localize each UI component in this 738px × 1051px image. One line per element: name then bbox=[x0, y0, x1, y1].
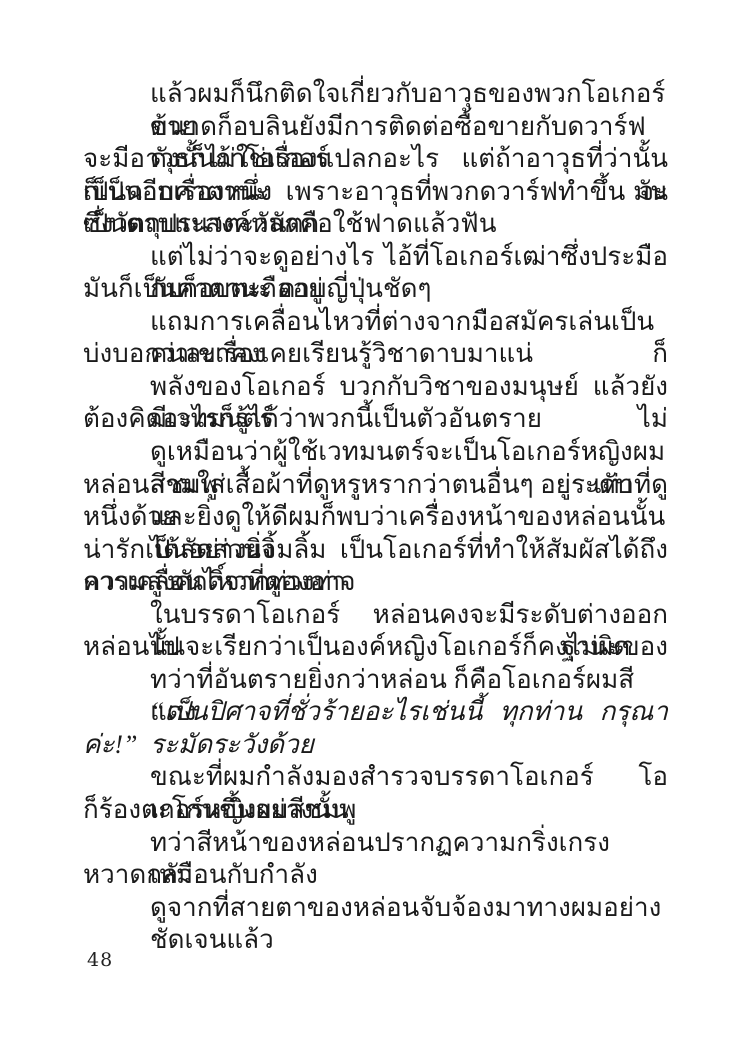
text-line-16: การเคลื่อนไหวที่ดูองอาจ bbox=[83, 566, 668, 599]
text-line-6: แต่ไม่ว่าจะดูอย่างไร ไอ้ที่โอเกอร์เฒ่าซึ… bbox=[83, 241, 668, 274]
page-number: 48 bbox=[87, 946, 113, 974]
text-line-20: “เป็นปิศาจที่ชั่วร้ายอะไรเช่นนี้ ทุกท่าน… bbox=[83, 696, 668, 729]
text-line-1: แล้วผมก็นึกติดใจเกี่ยวกับอาวุธของพวกโอเก… bbox=[83, 78, 668, 111]
text-line-26: ดูจากที่สายตาของหล่อนจับจ้องมาทางผมอย่าง… bbox=[83, 892, 668, 925]
text-line-24: ทว่าสีหน้าของหล่อนปรากฏความกริ่งเกรงเหมื… bbox=[83, 827, 668, 860]
text-line-22: ขณะที่ผมกำลังมองสำรวจบรรดาโอเกอร์ โอเกอร… bbox=[83, 761, 668, 794]
text-line-4: ก็เป็นอีกเรื่องหนึ่ง เพราะอาวุธที่พวกดวา… bbox=[83, 176, 668, 209]
page-text-block: แล้วผมก็นึกติดใจเกี่ยวกับอาวุธของพวกโอเก… bbox=[83, 78, 668, 924]
text-line-14: และยิ่งดูให้ดีผมก็พบว่าเครื่องหน้าของหล่… bbox=[83, 501, 668, 534]
text-line-7: มันก็เป็นคาตานะ ดาบญี่ปุ่นชัดๆ bbox=[83, 273, 668, 306]
text-line-25: หวาดกลัว bbox=[83, 859, 668, 892]
text-line-2: ขนาดก็อบลินยังมีการติดต่อซื้อขายกับดวาร์… bbox=[83, 111, 668, 144]
text-line-12: ดูเหมือนว่าผู้ใช้เวทมนตร์จะเป็นโอเกอร์หญ… bbox=[83, 436, 668, 469]
text-line-8: แถมการเคลื่อนไหวที่ต่างจากมือสมัครเล่นเป… bbox=[83, 306, 668, 339]
book-page: แล้วผมก็นึกติดใจเกี่ยวกับอาวุธของพวกโอเก… bbox=[0, 0, 738, 1051]
text-line-23: ก็ร้องตะโกนขึ้นอย่างนั้น bbox=[83, 794, 668, 827]
text-line-18: หล่อนนั้นจะเรียกว่าเป็นองค์หญิงโอเกอร์ก็… bbox=[83, 631, 668, 664]
text-line-10: พลังของโอเกอร์ บวกกับวิชาของมนุษย์ แล้วย… bbox=[83, 371, 668, 404]
text-line-17: ในบรรดาโอเกอร์ หล่อนคงจะมีระดับต่างออกไป… bbox=[83, 599, 668, 632]
text-line-19: ทว่าที่อันตรายยิ่งกว่าหล่อน ก็คือโอเกอร์… bbox=[83, 664, 668, 697]
text-line-3: จะมีอาวุธก็ไม่ใช่เรื่องแปลกอะไร แต่ถ้าอา… bbox=[83, 143, 668, 176]
text-line-13: หล่อนสวมใส่เสื้อผ้าที่ดูหรูหรากว่าตนอื่น… bbox=[83, 469, 668, 502]
text-line-5: ซึ่งวัตถุประสงค์หลักคือใช้ฟาดแล้วฟัน bbox=[83, 208, 668, 241]
text-line-15: น่ารักเป็นอย่างยิ่ง เป็นโอเกอร์ที่ทำให้ส… bbox=[83, 534, 668, 567]
